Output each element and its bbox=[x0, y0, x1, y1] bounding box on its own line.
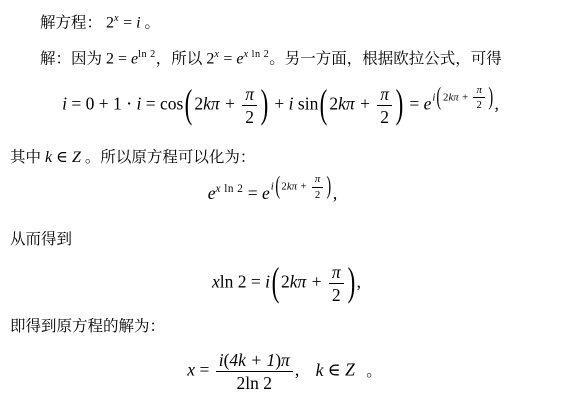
fraction-pi-over-2: π2 bbox=[329, 262, 344, 305]
imaginary-i: i bbox=[265, 272, 270, 292]
comma: , bbox=[295, 360, 299, 380]
k-pi-plus: kπ + bbox=[448, 91, 468, 103]
number-2: 2 bbox=[329, 94, 338, 114]
thus-obtain-text: 从而得到 bbox=[10, 229, 72, 251]
problem-statement: 解方程： 2x = i 。 bbox=[40, 12, 160, 34]
element-of-symbol: ∈ bbox=[56, 149, 68, 166]
fraction-pi-over-2: π2 bbox=[473, 84, 484, 112]
period: 。 bbox=[366, 363, 382, 380]
plus-sign: + bbox=[274, 94, 284, 114]
set-Z: Z bbox=[72, 149, 81, 166]
right-paren: ) bbox=[347, 262, 355, 303]
where-label: 其中 bbox=[10, 149, 41, 166]
solution-fraction: i(4k + 1)π2ln 2 bbox=[216, 350, 293, 393]
fraction-numerator: π bbox=[312, 173, 323, 187]
exponent-x: x bbox=[214, 49, 219, 60]
equals-sign: = bbox=[146, 94, 156, 114]
zero-plus-one-dot: 0 + 1 ⋅ bbox=[86, 94, 132, 114]
exponent-ln2: ln 2 bbox=[252, 49, 270, 60]
fraction-numerator: i(4k + 1)π bbox=[216, 350, 293, 372]
euler-e: e bbox=[424, 94, 432, 114]
left-paren: ( bbox=[185, 84, 193, 125]
where-k-in-z: 其中 k ∈ Z 。所以原方程可以化为： bbox=[10, 147, 255, 169]
euler-e: e bbox=[262, 183, 270, 203]
left-paren: ( bbox=[272, 262, 280, 303]
exponent-ln2: ln 2 bbox=[138, 49, 156, 60]
fraction-denominator: 2 bbox=[245, 106, 254, 127]
transition-text: 。另一方面，根据欧拉公式，可得 bbox=[269, 50, 502, 67]
fraction-denominator: 2 bbox=[476, 98, 481, 111]
right-paren: ) bbox=[261, 84, 269, 125]
variable-k: k bbox=[45, 149, 52, 166]
left-paren: ( bbox=[437, 84, 442, 109]
solution-label: 解：因为 bbox=[40, 50, 102, 67]
euler-e: e bbox=[208, 183, 216, 203]
equals-sign: = bbox=[248, 183, 258, 203]
fraction-pi-over-2: π2 bbox=[377, 84, 392, 127]
imaginary-i: i bbox=[432, 91, 435, 103]
exponent-group: i(2kπ + π2) bbox=[271, 173, 333, 201]
number-2: 2 bbox=[281, 272, 290, 292]
variable-x: x bbox=[187, 360, 195, 380]
equals-sign: = bbox=[199, 360, 209, 380]
exponent-x: x bbox=[244, 49, 249, 60]
equation-exponential-form: ex ln 2 = ei(2kπ + π2), bbox=[0, 182, 563, 210]
right-paren: ) bbox=[327, 174, 332, 199]
euler-e: e bbox=[236, 50, 243, 67]
math-base-2: 2 bbox=[106, 14, 114, 31]
comma-text: ，所以 bbox=[156, 50, 203, 67]
pi-symbol: π bbox=[281, 350, 290, 370]
k-pi-plus: kπ + bbox=[203, 94, 236, 114]
equals-sign: = bbox=[71, 94, 81, 114]
fraction-denominator: 2 bbox=[380, 106, 389, 127]
equation-euler-formula: i = 0 + 1 ⋅ i = cos(2kπ + π2) + i sin(2k… bbox=[0, 84, 571, 127]
four-k-plus-one: 4k + 1 bbox=[229, 350, 275, 370]
equals-sign: = bbox=[409, 94, 419, 114]
therefore-text: 。所以原方程可以化为： bbox=[85, 149, 256, 166]
final-answer-intro: 即得到原方程的解为： bbox=[10, 316, 165, 338]
set-Z: Z bbox=[345, 360, 355, 380]
document-page: 解方程： 2x = i 。 解：因为 2 = eln 2，所以 2x = ex … bbox=[0, 0, 581, 401]
fraction-numerator: π bbox=[242, 84, 257, 106]
variable-x: x bbox=[212, 272, 220, 292]
problem-label: 解方程： bbox=[40, 14, 102, 31]
k-pi-plus: kπ + bbox=[338, 94, 371, 114]
exponent-x: x bbox=[114, 13, 119, 24]
fraction-numerator: π bbox=[377, 84, 392, 106]
fraction-pi-over-2: π2 bbox=[312, 173, 323, 201]
comma: , bbox=[333, 183, 337, 203]
left-paren: ( bbox=[320, 84, 328, 125]
equals-sign: = bbox=[118, 50, 127, 67]
equals-sign: = bbox=[251, 272, 261, 292]
k-pi-plus: kπ + bbox=[290, 272, 323, 292]
equals-sign: = bbox=[123, 14, 132, 31]
exponent-group: i(2kπ + π2) bbox=[432, 84, 494, 112]
comma: , bbox=[357, 272, 361, 292]
comma: , bbox=[494, 94, 498, 114]
imaginary-i: i bbox=[62, 94, 67, 114]
ln2: ln 2 bbox=[220, 272, 247, 292]
imaginary-i: i bbox=[137, 94, 142, 114]
imaginary-i: i bbox=[289, 94, 294, 114]
fraction-numerator: π bbox=[329, 262, 344, 284]
cos-function: cos bbox=[160, 94, 183, 114]
fraction-denominator: 2 bbox=[332, 284, 341, 305]
fraction-denominator: 2 bbox=[315, 188, 320, 201]
sin-function: sin bbox=[298, 94, 318, 114]
number-2: 2 bbox=[106, 50, 114, 67]
fraction-numerator: π bbox=[473, 84, 484, 98]
right-paren: ) bbox=[488, 84, 493, 109]
element-of-symbol: ∈ bbox=[328, 360, 341, 380]
equation-xln2: xln 2 = i(2kπ + π2), bbox=[0, 262, 577, 305]
fraction-denominator: 2ln 2 bbox=[237, 372, 273, 393]
imaginary-i: i bbox=[271, 181, 274, 193]
imaginary-i: i bbox=[136, 14, 140, 31]
variable-k: k bbox=[316, 360, 324, 380]
fraction-pi-over-2: π2 bbox=[242, 84, 257, 127]
period: 。 bbox=[145, 14, 161, 31]
left-paren: ( bbox=[275, 174, 280, 199]
exponent-x: x bbox=[216, 183, 221, 195]
number-2: 2 bbox=[194, 94, 203, 114]
k-pi-plus: kπ + bbox=[287, 181, 307, 193]
right-paren: ) bbox=[396, 84, 404, 125]
thus-obtain-label: 从而得到 bbox=[10, 231, 72, 248]
equals-sign: = bbox=[223, 50, 232, 67]
exponent-ln2: ln 2 bbox=[224, 183, 243, 195]
equation-final-solution: x = i(4k + 1)π2ln 2, k ∈ Z 。 bbox=[0, 350, 575, 393]
solution-intro: 解：因为 2 = eln 2，所以 2x = ex ln 2。另一方面，根据欧拉… bbox=[40, 48, 502, 70]
final-answer-label: 即得到原方程的解为： bbox=[10, 318, 165, 335]
